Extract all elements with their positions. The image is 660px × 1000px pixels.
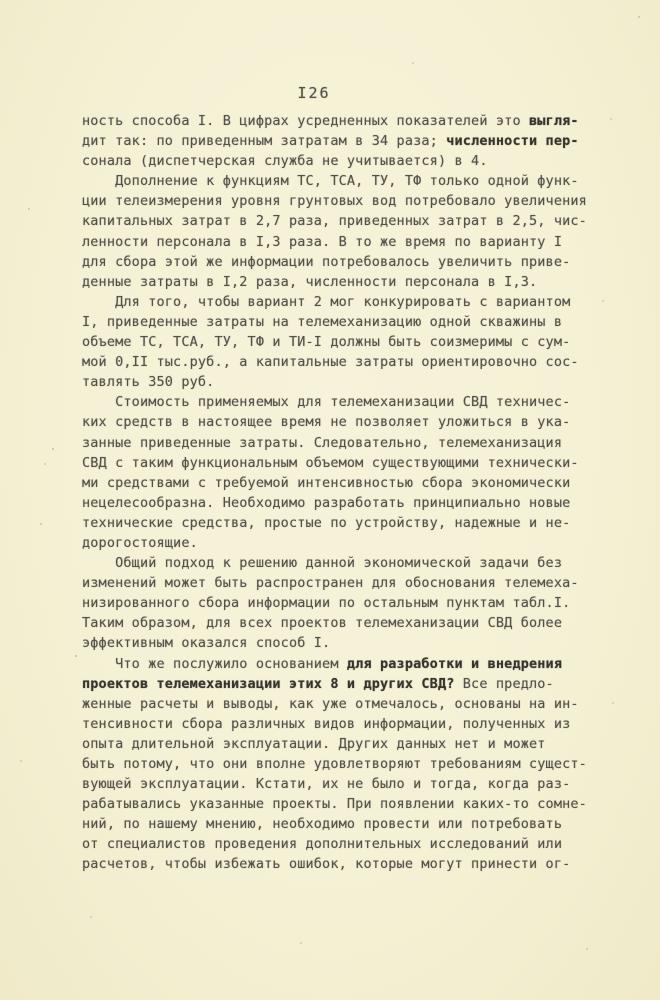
text-line: объеме ТС, ТСА, ТУ, ТФ и ТИ-I должны быт… <box>82 332 622 352</box>
text-line: тавлять 350 руб. <box>82 372 622 392</box>
text-line: ких средств в настоящее время не позволя… <box>82 412 622 432</box>
text-line: для сбора этой же информации потребовало… <box>82 252 622 272</box>
text-line: дорогостоящие. <box>82 533 622 553</box>
text-line: Таким образом, для всех проектов телемех… <box>82 613 622 633</box>
text-line: эффективным оказался способ I. <box>82 633 622 653</box>
text-line: ми средствами с требуемой интенсивностью… <box>82 473 622 493</box>
text-line: рабатывались указанные проекты. При появ… <box>82 794 622 814</box>
text-line: СВД с таким функциональным объемом сущес… <box>82 453 622 473</box>
paper-texture <box>0 0 2 2</box>
text-line: Общий подход к решению данной экономичес… <box>82 553 622 573</box>
text-line: ний, по нашему мнению, необходимо провес… <box>82 814 622 834</box>
text-line: технические средства, простые по устройс… <box>82 513 622 533</box>
text-line: ность способа I. В цифрах усредненных по… <box>82 111 622 131</box>
text-line: сонала (диспетчерская служба не учитывае… <box>82 151 622 171</box>
document-text: ность способа I. В цифрах усредненных по… <box>82 111 622 875</box>
text-line: расчетов, чтобы избежать ошибок, которые… <box>82 854 622 874</box>
text-line: низированного сбора информации по осталь… <box>82 593 622 613</box>
text-line: ленности персонала в I,3 раза. В то же в… <box>82 232 622 252</box>
text-line: занные приведенные затраты. Следовательн… <box>82 433 622 453</box>
text-line: нецелесообразна. Необходимо разработать … <box>82 493 622 513</box>
text-line: дит так: по приведенным затратам в 34 ра… <box>82 131 622 151</box>
scanned-document-page: I26 ность способа I. В цифрах усредненны… <box>0 0 660 1000</box>
text-line: от специалистов проведения дополнительны… <box>82 834 622 854</box>
text-line: женные расчеты и выводы, как уже отмечал… <box>82 694 622 714</box>
text-line: Дополнение к функциям ТС, ТСА, ТУ, ТФ то… <box>82 171 622 191</box>
text-line: быть потому, что они вполне удовлетворяю… <box>82 754 622 774</box>
text-line: Что же послужило основанием для разработ… <box>82 654 622 674</box>
text-line: Стоимость применяемых для телемеханизаци… <box>82 392 622 412</box>
text-line: вующей эксплуатации. Кстати, их не было … <box>82 774 622 794</box>
page-number: I26 <box>0 84 644 102</box>
text-line: капитальных затрат в 2,7 раза, приведенн… <box>82 211 622 231</box>
text-line: проектов телемеханизации этих 8 и других… <box>82 674 622 694</box>
text-line: мой 0,II тыс.руб., а капитальные затраты… <box>82 352 622 372</box>
text-line: тенсивности сбора различных видов информ… <box>82 714 622 734</box>
text-line: опыта длительной эксплуатации. Других да… <box>82 734 622 754</box>
text-line: ции телеизмерения уровня грунтовых вод п… <box>82 191 622 211</box>
text-line: денные затраты в I,2 раза, численности п… <box>82 272 622 292</box>
text-line: изменений может быть распространен для о… <box>82 573 622 593</box>
text-line: Для того, чтобы вариант 2 мог конкуриров… <box>82 292 622 312</box>
text-line: I, приведенные затраты на телемеханизаци… <box>82 312 622 332</box>
